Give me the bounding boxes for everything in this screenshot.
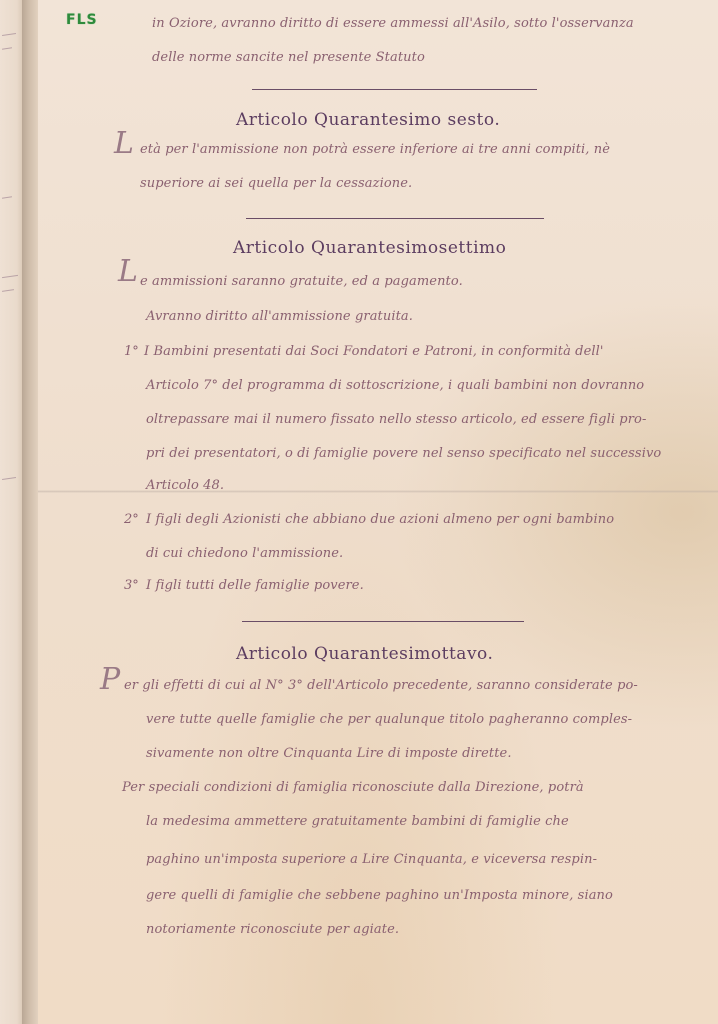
text-line: la medesima ammettere gratuitamente bamb… [146,814,569,829]
text-line: superiore ai sei quella per la cessazion… [140,176,412,191]
text-line: I figli tutti delle famiglie povere. [146,578,364,593]
facing-page-ink [2,289,14,292]
text-line: oltrepassare mai il numero fissato nello… [146,412,646,427]
book-binding-gutter [22,0,38,1024]
article-heading: Articolo Quarantesimo sesto. [236,110,500,130]
text-line: er gli effetti di cui al N° 3° dell'Arti… [124,678,638,693]
section-divider [246,218,544,219]
text-line: in Oziore, avranno diritto di essere amm… [152,16,634,31]
text-line: Articolo 7° del programma di sottoscrizi… [146,378,644,393]
text-line: età per l'ammissione non potrà essere in… [140,142,610,157]
facing-page-ink [2,196,12,198]
facing-page-ink [2,33,16,36]
fls-stamp: FLS [66,12,98,28]
text-line: Per speciali condizioni di famiglia rico… [122,780,584,795]
section-divider [242,621,524,622]
text-line: di cui chiedono l'ammissione. [146,546,343,561]
item-number: 2° [124,512,139,527]
text-line: I figli degli Azionisti che abbiano due … [146,512,614,527]
paper-fold [38,490,718,493]
text-line: pri dei presentatori, o di famiglie pove… [146,446,661,461]
facing-page-ink [2,477,16,480]
manuscript-page: FLS in Oziore, avranno diritto di essere… [0,0,718,1024]
text-line: delle norme sancite nel presente Statuto [152,50,425,65]
text-line: notoriamente riconosciute per agiate. [146,922,399,937]
text-line: Avranno diritto all'ammissione gratuita. [146,309,413,324]
text-line: gere quelli di famiglie che sebbene pagh… [146,888,613,903]
text-line: sivamente non oltre Cinquanta Lire di im… [146,746,512,761]
text-line: paghino un'imposta superiore a Lire Cinq… [146,852,597,867]
item-number: 1° [124,344,139,359]
article-heading: Articolo Quarantesimottavo. [236,644,493,664]
article-heading: Articolo Quarantesimosettimo [233,238,506,258]
text-line: I Bambini presentati dai Soci Fondatori … [144,344,604,359]
facing-page-ink [2,275,18,278]
text-line: Articolo 48. [146,478,224,493]
item-number: 3° [124,578,139,593]
drop-capital: L [118,254,138,289]
drop-capital: P [100,662,120,697]
facing-page-ink [2,47,12,49]
section-divider [252,89,537,90]
text-line: e ammissioni saranno gratuite, ed a paga… [140,274,463,289]
text-line: vere tutte quelle famiglie che per qualu… [146,712,632,727]
facing-page-edge [0,0,24,1024]
drop-capital: L [114,126,134,161]
